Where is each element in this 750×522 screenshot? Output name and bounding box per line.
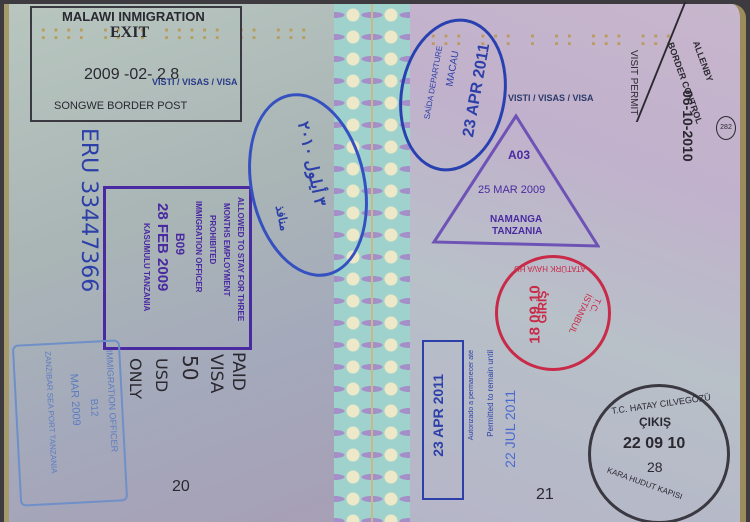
namanga-stamp-place: NAMANGA: [490, 214, 542, 225]
zanzibar-stamp-date: MAR 2009: [67, 373, 82, 426]
cilvegozu-stamp-date: 22 09 10: [623, 435, 685, 453]
istanbul-entry-stamp: ATATÜRK HAVA HU T.C. İSTANBUL GİRİŞ 18 0…: [495, 255, 611, 371]
allenby-visit-permit: VISIT PERMIT: [628, 50, 639, 115]
zanzibar-stamp-place: ZANZIBAR SEA PORT TANZANIA: [28, 351, 58, 475]
cilvegozu-stamp-title: T.C. HATAY CILVEGÖZÜ: [611, 392, 712, 416]
macau-box-label-en: Permitted to remain until: [486, 350, 495, 437]
namanga-stamp-date: 25 MAR 2009: [478, 184, 545, 196]
visa-label-left: VISTI / VISAS / VISA: [152, 77, 238, 87]
allenby-stamp-badge: 282: [716, 116, 736, 140]
istanbul-stamp-date: 18 09 10: [527, 285, 544, 343]
page-number-right: 21: [536, 486, 554, 504]
allenby-stamp-date: 06-10-2010: [680, 90, 696, 162]
handwritten-only: ONLY: [126, 358, 145, 399]
handwritten-receipt-number: ERU 33447366: [76, 128, 101, 292]
cilvegozu-stamp-footer: KARA HUDUT KAPISI: [606, 466, 684, 502]
handwritten-paid: PAID: [228, 352, 248, 391]
malawi-stamp-exit: EXIT: [110, 24, 149, 42]
malawi-stamp-title: MALAWI INMIGRATION: [62, 9, 205, 24]
page-number-left: 20: [172, 478, 190, 496]
malawi-exit-stamp: MALAWI INMIGRATION EXIT 2009 -02- 2 8 SO…: [30, 6, 242, 122]
namanga-stamp-country: TANZANIA: [492, 226, 542, 237]
handwritten-currency: USD: [152, 358, 171, 392]
zanzibar-stamp: IMMIGRATION OFFICER B12 MAR 2009 ZANZIBA…: [12, 339, 128, 506]
tanzania-stamp-line3: PROHIBITED: [208, 215, 217, 264]
tanzania-stamp-line1: ALLOWED TO STAY FOR THREE: [236, 197, 245, 321]
tanzania-stamp-code: B09: [173, 233, 187, 255]
macau-box-until-date: 22 JUL 2011: [502, 390, 518, 468]
istanbul-stamp-line2: ATATÜRK HAVA HU: [514, 264, 586, 273]
tanzania-stamp-place: KASUMULU TANZANIA: [131, 223, 151, 311]
passport-photo: :::: :: : ::::: :: ::: ::: ::: : :: ::: …: [0, 0, 750, 522]
zanzibar-stamp-line1: IMMIGRATION OFFICER: [104, 350, 119, 453]
handwritten-visa: VISA: [206, 354, 226, 393]
macau-oval-title: MACAU: [445, 50, 462, 87]
namanga-stamp-code: A03: [508, 148, 530, 162]
visa-label-right: VISTI / VISAS / VISA: [508, 93, 594, 103]
tanzania-entry-stamp: ALLOWED TO STAY FOR THREE MONTHS EMPLOYM…: [103, 186, 252, 350]
macau-box-entry-date: 23 APR 2011: [430, 374, 446, 457]
cilvegozu-stamp-cikis: ÇIKIŞ: [639, 415, 671, 429]
macau-oval-sub: SAÍDA DEPARTURE: [422, 45, 444, 120]
tanzania-stamp-line4: IMMIGRATION OFFICER: [194, 201, 203, 292]
istanbul-stamp-line1: T.C. İSTANBUL: [565, 292, 603, 344]
handwritten-amount: 50: [178, 355, 202, 380]
cilvegozu-stamp-number: 28: [647, 459, 663, 475]
tanzania-stamp-line2: MONTHS EMPLOYMENT: [222, 203, 231, 296]
cilvegozu-exit-stamp: T.C. HATAY CILVEGÖZÜ ÇIKIŞ 22 09 10 28 K…: [588, 384, 730, 522]
arabic-stamp-sub: منافذ: [273, 204, 292, 232]
arabic-stamp-date: ٣ أيلول ٢٠١٠: [293, 120, 330, 208]
malawi-stamp-footer: SONGWE BORDER POST: [54, 100, 187, 112]
zanzibar-stamp-code: B12: [88, 398, 100, 416]
tanzania-stamp-date: 28 FEB 2009: [154, 203, 171, 291]
macau-box-label-pt: Autorizado a permanecer até: [468, 350, 475, 440]
